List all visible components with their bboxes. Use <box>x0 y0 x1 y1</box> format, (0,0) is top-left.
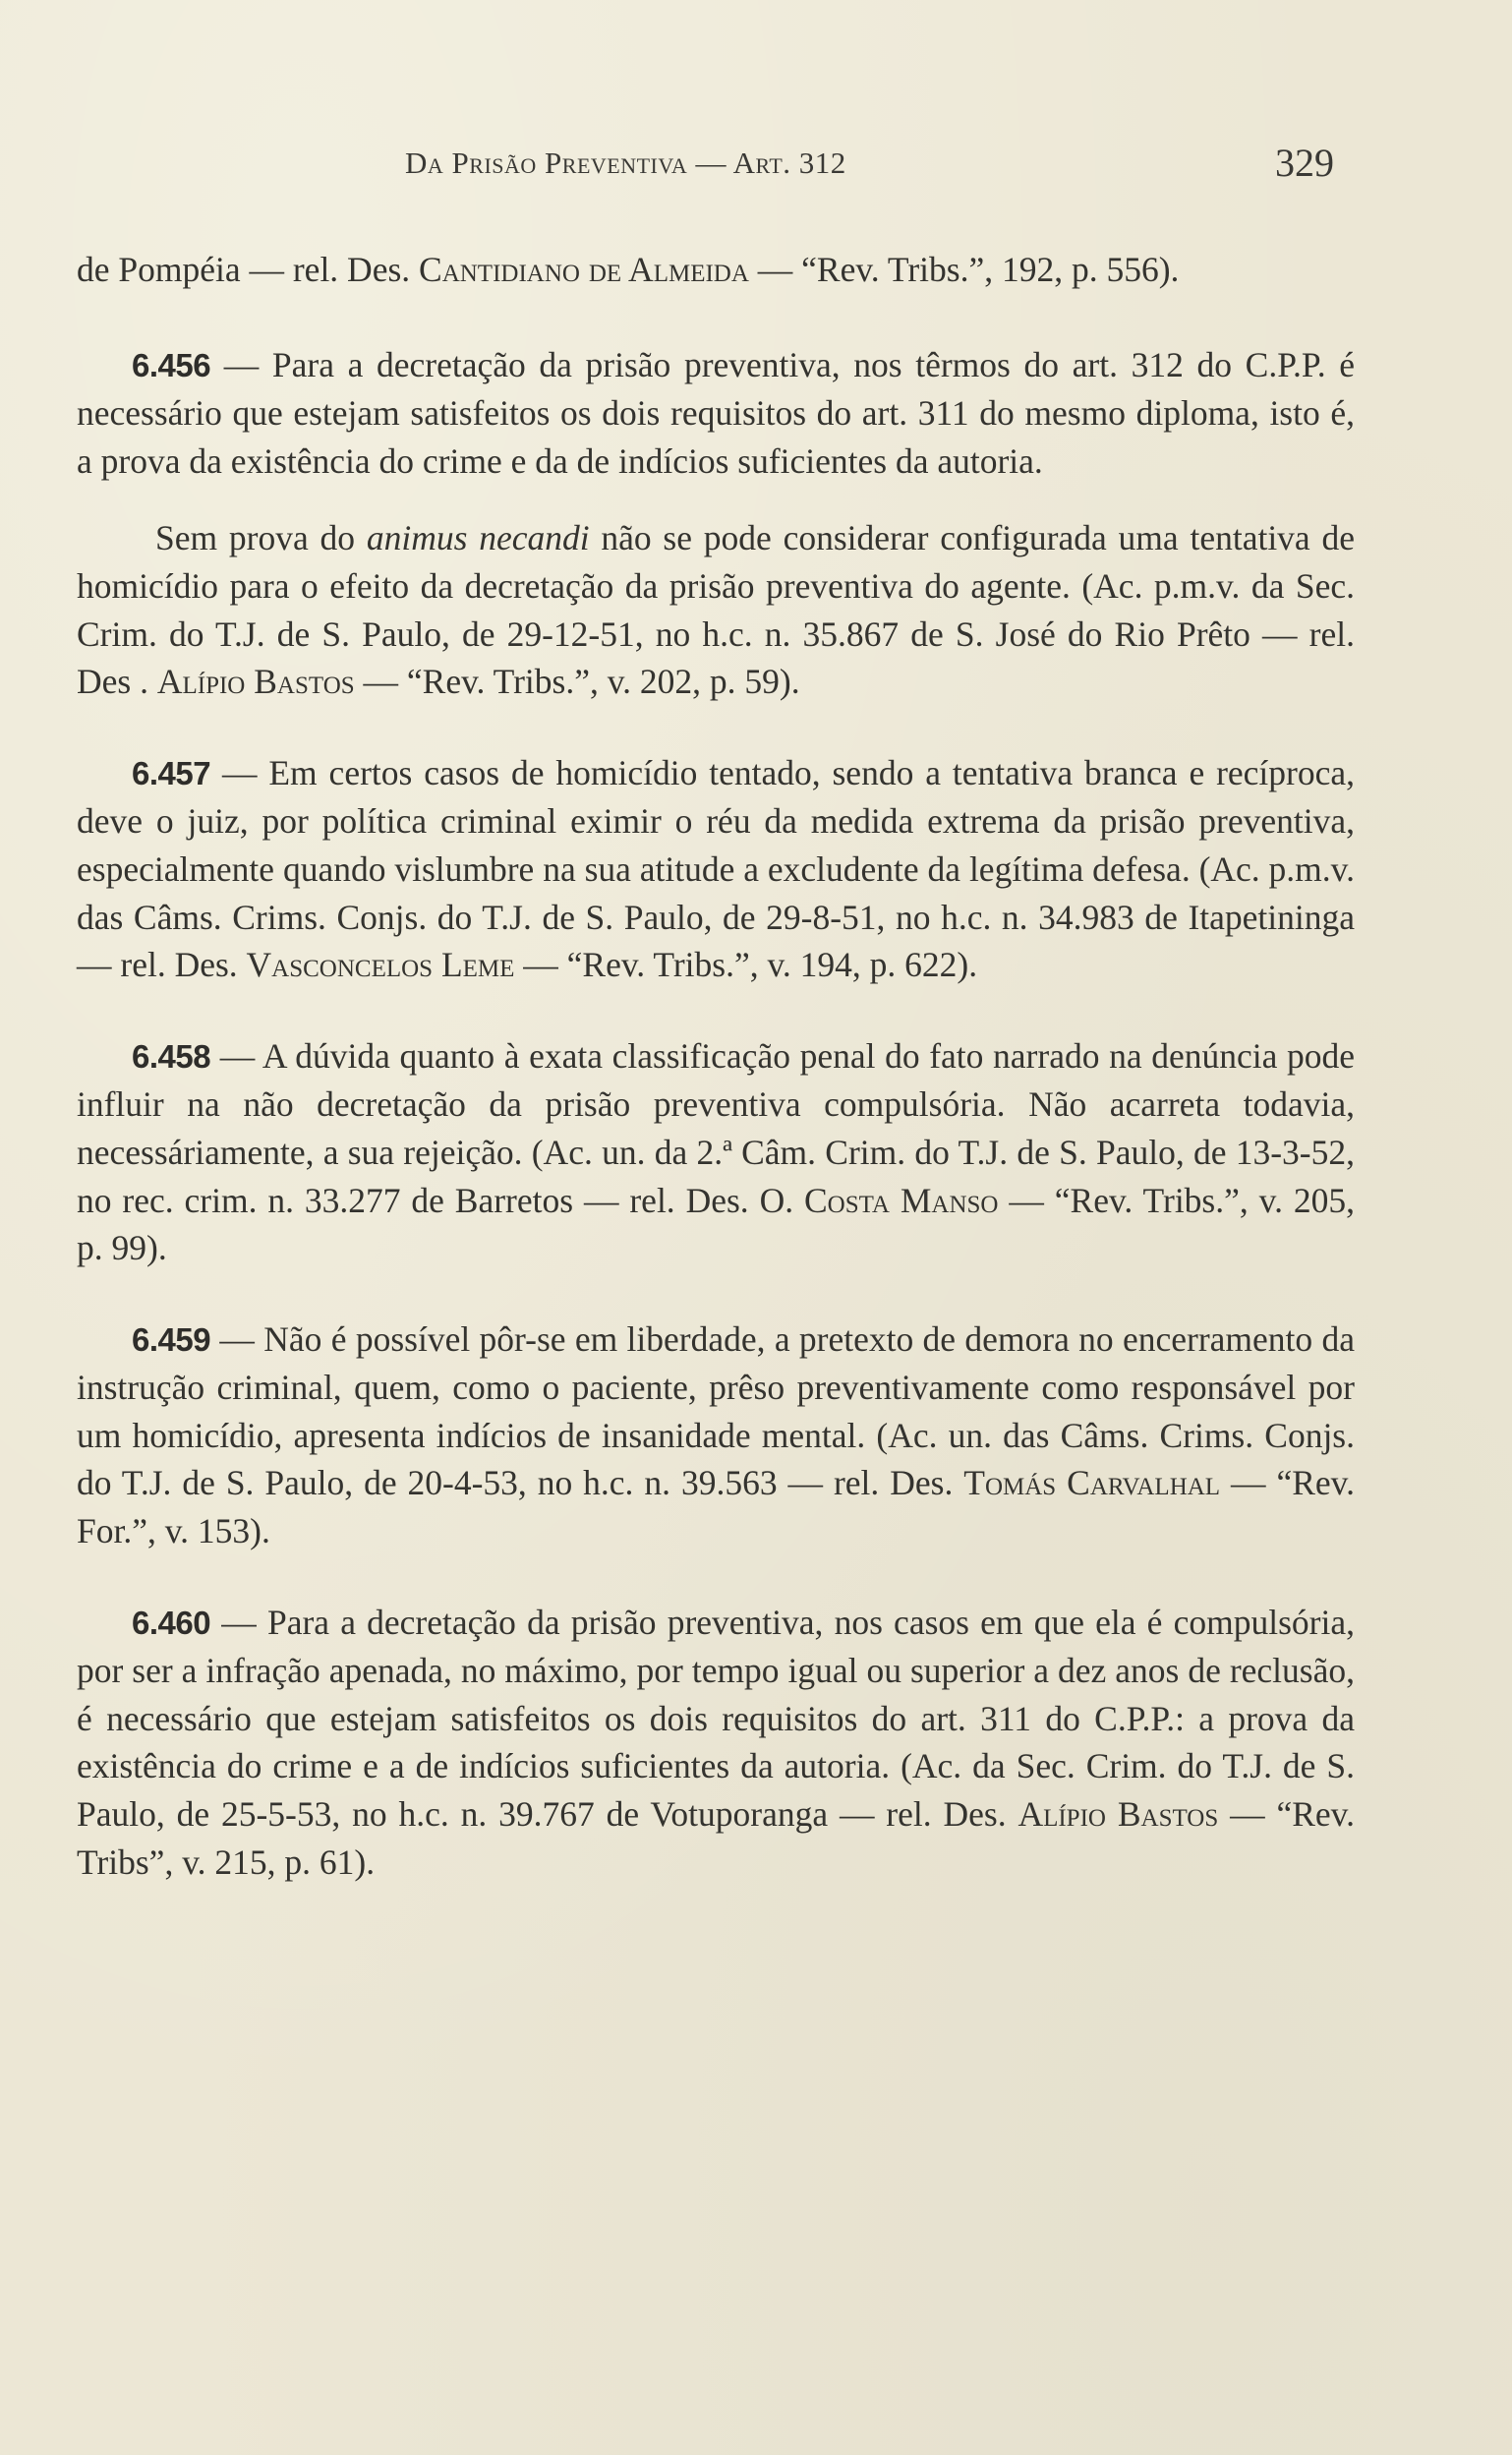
judge-name: Vasconcelos Leme <box>247 945 515 984</box>
book-page: Da Prisão Preventiva — Art. 312 329 de P… <box>0 0 1512 2455</box>
entry-number: 6.458 <box>77 1038 210 1075</box>
body-text: de Pompéia — rel. Des. Cantidiano de Alm… <box>77 246 1355 1929</box>
running-title: Da Prisão Preventiva — Art. 312 <box>405 146 846 181</box>
entry-6459: 6.459 — Não é possível pôr-se em liberda… <box>77 1315 1355 1555</box>
judge-name: Cantidiano de Almeida <box>419 250 749 289</box>
latin-term: animus necandi <box>367 518 590 557</box>
entry-6458: 6.458 — A dúvida quanto à exata classifi… <box>77 1032 1355 1272</box>
judge-name: Alípio Bastos <box>1018 1794 1218 1834</box>
running-head: Da Prisão Preventiva — Art. 312 329 <box>0 146 1512 195</box>
page-number: 329 <box>1275 140 1334 186</box>
entry-6456: 6.456 — Para a decretação da prisão prev… <box>77 341 1355 486</box>
entry-6456-sub-paragraph: Sem prova do animus necandi não se pode … <box>77 514 1355 705</box>
entry-number: 6.460 <box>77 1605 210 1641</box>
judge-name: Alípio Bastos <box>157 662 355 701</box>
judge-name: Tomás Carvalhal <box>963 1463 1220 1502</box>
entry-6460: 6.460 — Para a decretação da prisão prev… <box>77 1599 1355 1887</box>
entry-number: 6.456 <box>77 347 210 383</box>
entry-6457: 6.457 — Em certos casos de homicídio ten… <box>77 749 1355 989</box>
judge-name: Costa Manso <box>804 1181 999 1220</box>
entry-number: 6.459 <box>77 1321 210 1358</box>
continuation-paragraph: de Pompéia — rel. Des. Cantidiano de Alm… <box>77 246 1355 294</box>
entry-number: 6.457 <box>77 755 210 791</box>
